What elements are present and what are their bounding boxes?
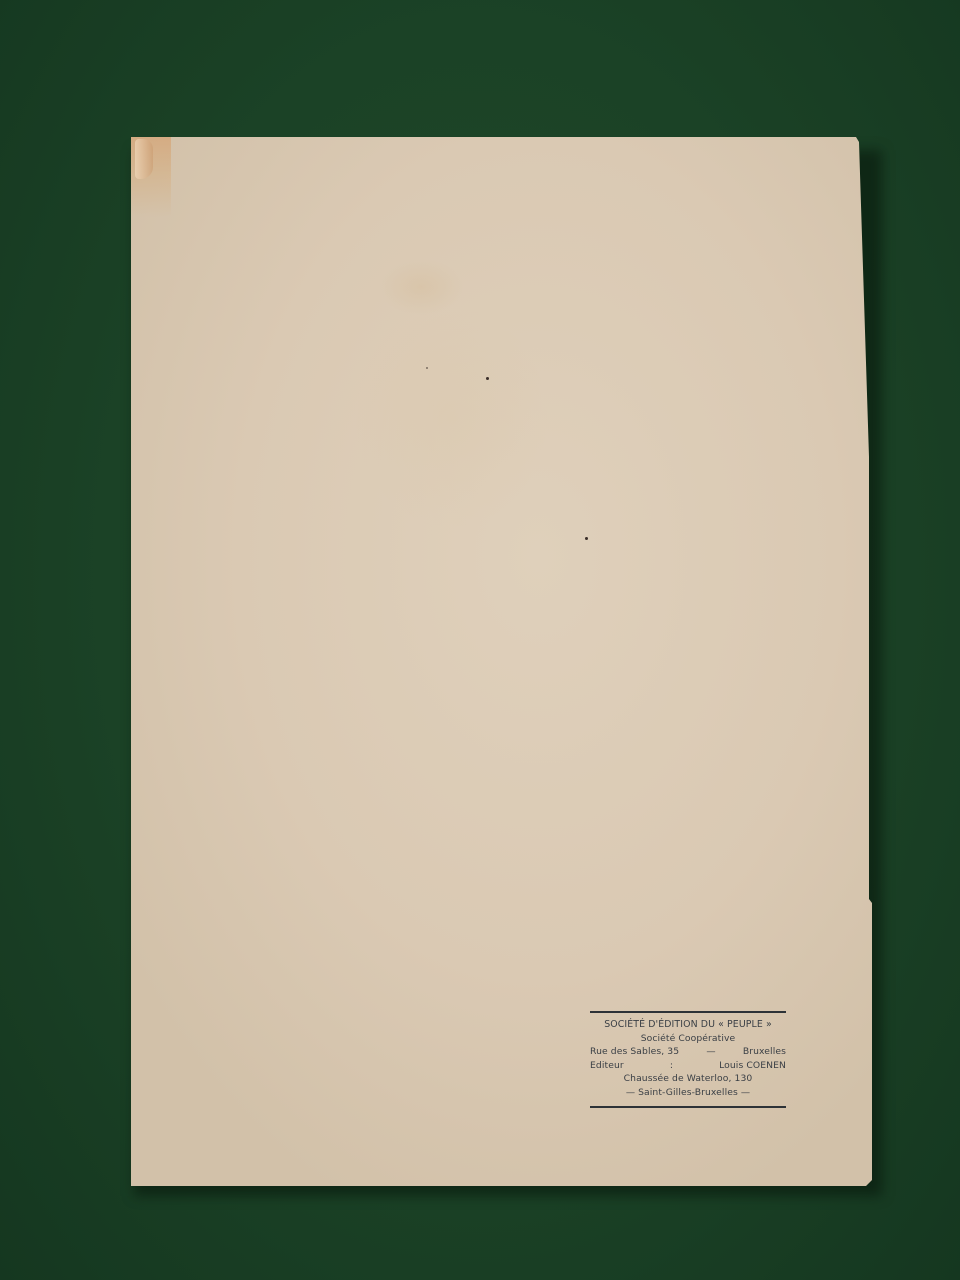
imprint-company-type: Société Coopérative	[590, 1032, 786, 1046]
corner-crease	[135, 139, 153, 179]
imprint-dash: —	[706, 1045, 715, 1059]
imprint-editor-label: Editeur	[590, 1059, 624, 1073]
booklet-back-cover: SOCIÉTÉ D'ÉDITION DU « PEUPLE » Société …	[131, 137, 872, 1186]
imprint-publisher: SOCIÉTÉ D'ÉDITION DU « PEUPLE »	[590, 1018, 786, 1032]
publisher-imprint: SOCIÉTÉ D'ÉDITION DU « PEUPLE » Société …	[590, 1011, 786, 1108]
imprint-editor-name: Louis COENEN	[719, 1059, 786, 1073]
imprint-bottom-rule	[590, 1106, 786, 1108]
imprint-address: Rue des Sables, 35 — Bruxelles	[590, 1045, 786, 1059]
paper-speck	[426, 367, 428, 369]
imprint-editor-city: — Saint-Gilles-Bruxelles —	[590, 1086, 786, 1100]
paper-speck	[585, 537, 588, 540]
paper-speck	[486, 377, 489, 380]
imprint-editor-sep: :	[670, 1059, 673, 1073]
imprint-editor-address: Chaussée de Waterloo, 130	[590, 1072, 786, 1086]
imprint-editor: Editeur : Louis COENEN	[590, 1059, 786, 1073]
imprint-top-rule	[590, 1011, 786, 1013]
imprint-city: Bruxelles	[743, 1045, 786, 1059]
imprint-street: Rue des Sables, 35	[590, 1045, 679, 1059]
